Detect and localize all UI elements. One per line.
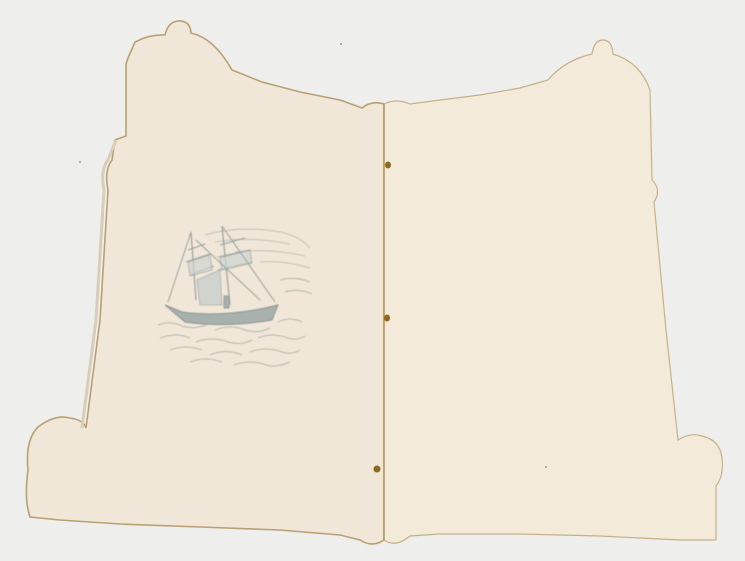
right-page	[384, 40, 722, 543]
booklet-artwork	[0, 0, 745, 561]
scanned-booklet: Scanned die-cut booklet shaped like a li…	[0, 0, 745, 561]
